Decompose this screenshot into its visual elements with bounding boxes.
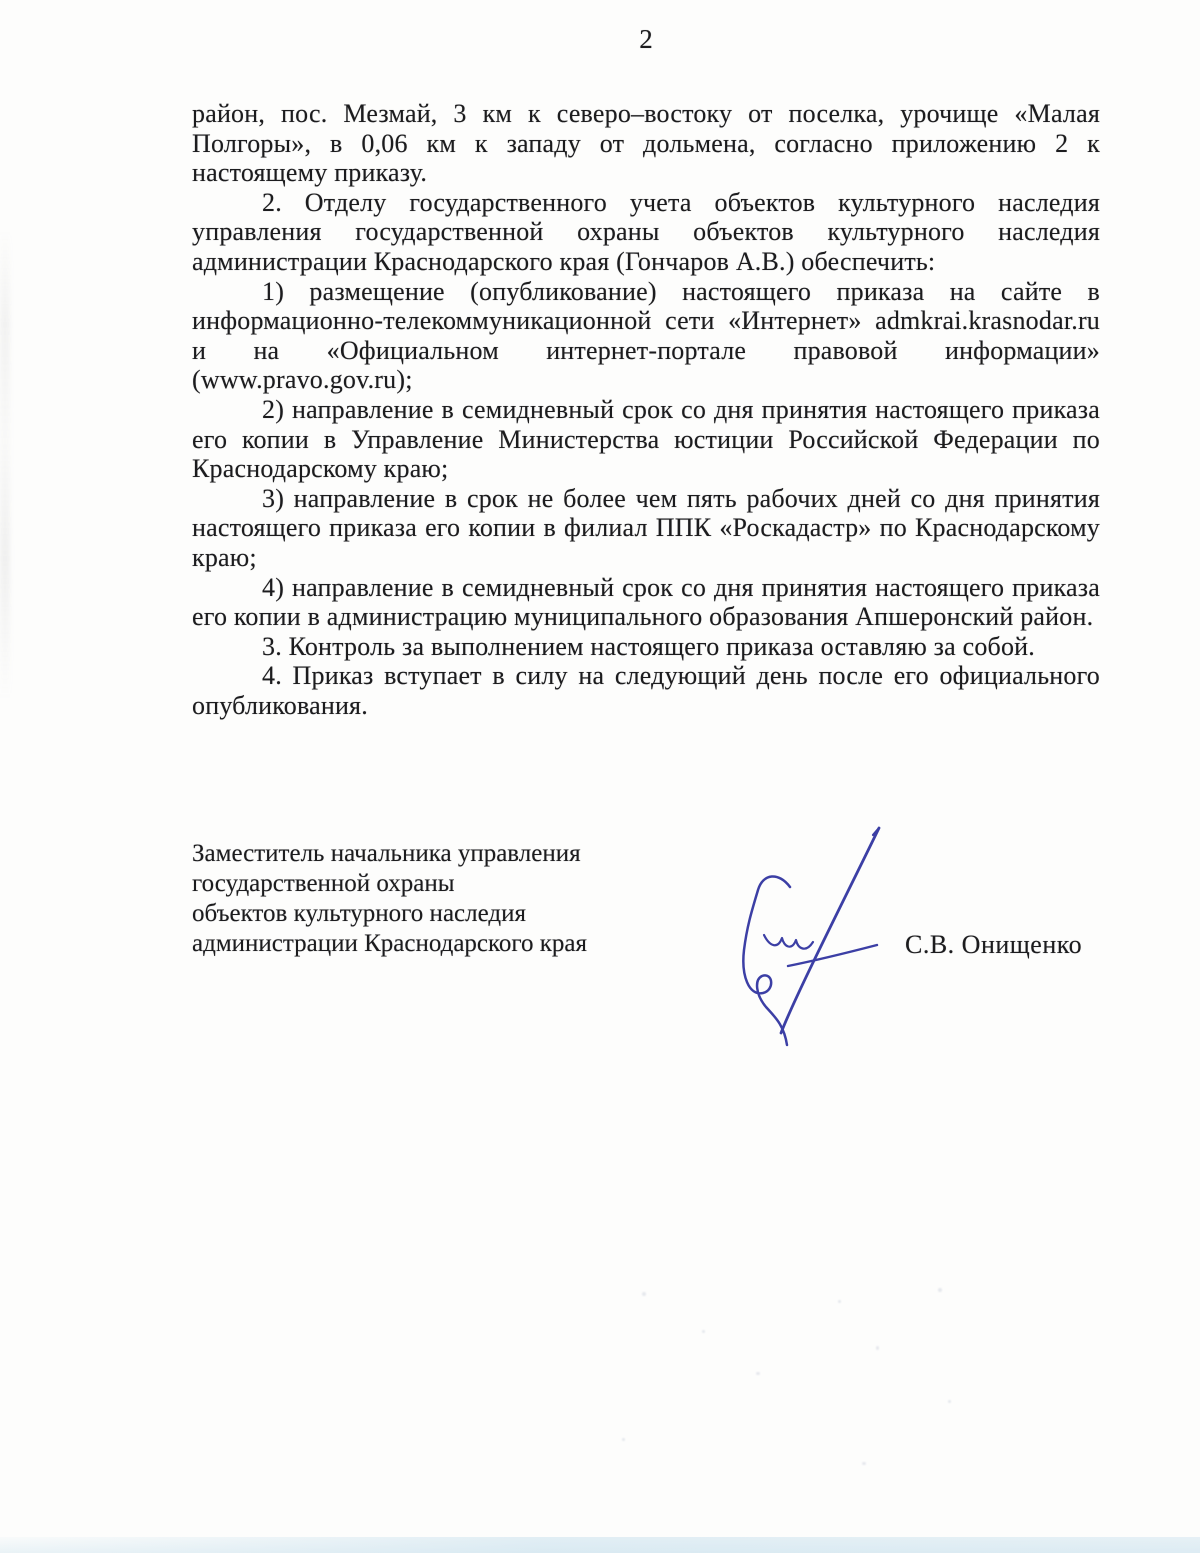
body-paragraph: 2. Отделу государственного учета объекто… — [192, 188, 1100, 277]
body-paragraph: 3. Контроль за выполнением настоящего пр… — [192, 632, 1100, 662]
body-paragraph: 4) направление в семидневный срок со дня… — [192, 573, 1100, 632]
page-number: 2 — [192, 24, 1100, 55]
body-paragraph: 1) размещение (опубликование) настоящего… — [192, 277, 1100, 395]
signatory-title-line: объектов культурного наследия — [192, 899, 752, 929]
scan-speck — [622, 1438, 625, 1441]
scan-speck — [876, 1346, 879, 1350]
signatory-title-line: государственной охраны — [192, 869, 752, 899]
body-paragraph: 3) направление в срок не более чем пять … — [192, 484, 1100, 573]
body-paragraph: район, пос. Мезмай, 3 км к северо–восток… — [192, 99, 1100, 188]
scan-speck — [642, 1292, 646, 1296]
signatory-title: Заместитель начальника управления госуда… — [192, 839, 752, 959]
scan-speck — [938, 1288, 942, 1292]
signatory-title-line: Заместитель начальника управления — [192, 839, 752, 869]
signee-name: С.В. Онищенко — [905, 930, 1082, 960]
scan-speck — [756, 1372, 760, 1375]
scan-speck — [702, 1330, 705, 1333]
scan-speck — [948, 1400, 951, 1403]
body-paragraph: 2) направление в семидневный срок со дня… — [192, 395, 1100, 484]
document-body: район, пос. Мезмай, 3 км к северо–восток… — [192, 99, 1100, 720]
scan-speck — [862, 1462, 866, 1465]
scan-edge-smudge — [0, 230, 10, 700]
body-paragraph: 4. Приказ вступает в силу на следующий д… — [192, 661, 1100, 720]
handwritten-signature-icon — [728, 814, 898, 1052]
scan-bottom-tint — [0, 1537, 1200, 1553]
scan-speck — [838, 1300, 841, 1303]
signatory-title-line: администрации Краснодарского края — [192, 929, 752, 959]
scanned-document-page: 2 район, пос. Мезмай, 3 км к северо–вост… — [0, 0, 1200, 1553]
